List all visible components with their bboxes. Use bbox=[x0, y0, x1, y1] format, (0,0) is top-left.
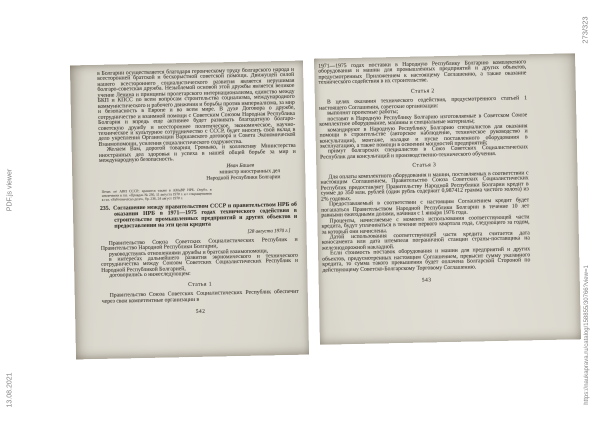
print-date-label: 13.08.2021 bbox=[7, 372, 14, 407]
paragraph: Желаем Вам, дорогой товарищ Громыко, и к… bbox=[99, 144, 296, 164]
page-number: 543 bbox=[323, 275, 531, 285]
page-counter-label: 273/323 bbox=[581, 16, 590, 43]
footnote: Печат. по АВП СССР; хранится также в АМн… bbox=[102, 187, 212, 202]
source-url-label: https://naukaprava.ru/catalog/158855/307… bbox=[584, 265, 590, 405]
paragraph: Если стоимость поставок оборудования и м… bbox=[322, 248, 530, 274]
paragraph: в Болгарии осуществляется благодаря геро… bbox=[97, 68, 296, 148]
paragraph: примут болгарских специалистов в Союз Со… bbox=[320, 146, 528, 161]
document-item-heading: 235.Соглашение между правительством СССР… bbox=[100, 203, 297, 231]
book-page-left: в Болгарии осуществляется благодаря геро… bbox=[70, 61, 309, 360]
viewer-app-label: PDF.js viewer bbox=[7, 169, 14, 211]
book-page-right: 1971—1975 годах поставки в Народную Респ… bbox=[314, 53, 581, 344]
page-number: 542 bbox=[102, 307, 299, 317]
paragraph: 1971—1975 годах поставки в Народную Респ… bbox=[318, 60, 526, 86]
document-item-title: Соглашение между правительством СССР и п… bbox=[113, 202, 297, 230]
document-item-number: 235. bbox=[100, 206, 110, 212]
paragraph: Правительство Союза Советских Социалисти… bbox=[102, 290, 299, 305]
signature-block: Иван Башев министр иностранных дел Народ… bbox=[99, 162, 296, 184]
